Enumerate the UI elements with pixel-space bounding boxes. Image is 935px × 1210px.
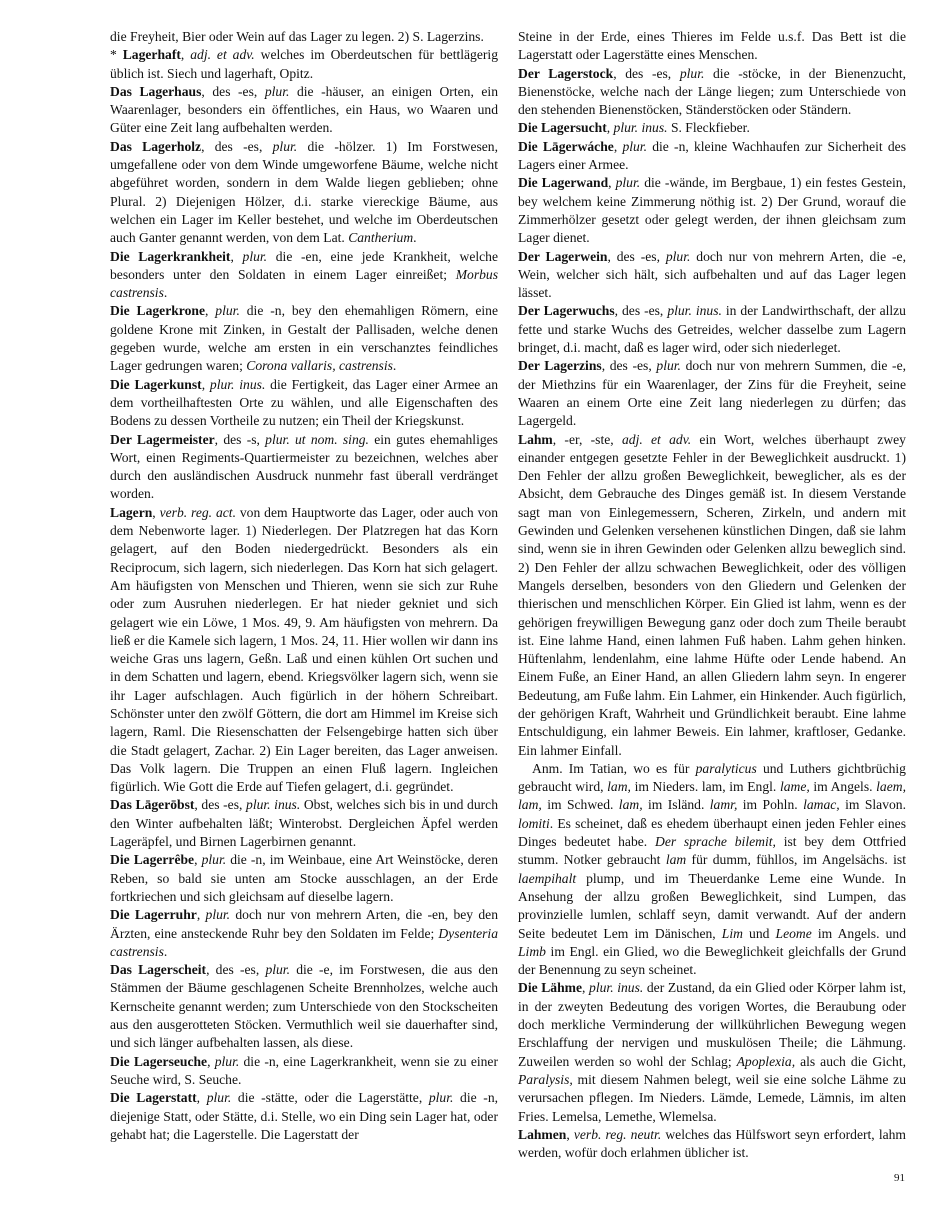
italic-term: lame, <box>780 779 810 794</box>
entry-text: , des -es, <box>615 303 668 318</box>
headword: Der Lagerstock <box>518 66 613 81</box>
italic-term: lam <box>666 852 686 867</box>
entry-text: , des -s, <box>215 432 266 447</box>
entry-text: , <box>181 47 190 62</box>
italic-term: Apoplexia, <box>737 1054 796 1069</box>
italic-term: plur. <box>666 249 691 264</box>
entry-text: für dumm, fühllos, im Angelsächs. ist <box>686 852 906 867</box>
dictionary-entry: Die Lähme, plur. inus. der Zustand, da e… <box>518 979 906 1125</box>
entry-text: im Pohln. <box>737 797 803 812</box>
dictionary-entry: Der Lagerwuchs, des -es, plur. inus. in … <box>518 302 906 357</box>
entry-text: , <box>197 1090 207 1105</box>
entry-text: im Angels. <box>810 779 876 794</box>
italic-term: plur. <box>215 303 240 318</box>
entry-text: im Slavon. <box>840 797 906 812</box>
entry-text: die Freyheit, Bier oder Wein auf das Lag… <box>110 29 484 44</box>
italic-term: lamac, <box>803 797 840 812</box>
italic-term: plur. <box>622 139 647 154</box>
entry-text: die -stätte, oder die Lagerstätte, <box>231 1090 429 1105</box>
entry-text: Steine in der Erde, eines Thieres im Fel… <box>518 29 906 62</box>
italic-term: Corona vallaris, castrensis <box>246 358 393 373</box>
dictionary-entry: Lahm, -er, -ste, adj. et adv. ein Wort, … <box>518 431 906 760</box>
dictionary-entry: Die Lagerseuche, plur. die -n, eine Lage… <box>110 1053 498 1090</box>
italic-term: Lim <box>722 926 743 941</box>
italic-term: plur. inus. <box>667 303 722 318</box>
entry-text: im Schwed. <box>542 797 619 812</box>
dictionary-entry: Das Lagerscheit, des -es, plur. die -e, … <box>110 961 498 1052</box>
italic-term: plur. <box>273 139 298 154</box>
headword: Die Lagerseuche <box>110 1054 207 1069</box>
dictionary-entry: Steine in der Erde, eines Thieres im Fel… <box>518 28 906 65</box>
dictionary-entry: Die Lāgerwáche, plur. die -n, kleine Wac… <box>518 138 906 175</box>
entry-text: , des -es, <box>201 139 273 154</box>
italic-term: plur. inus. <box>589 980 643 995</box>
dictionary-entry: * Lagerhaft, adj. et adv. welches im Obe… <box>110 46 498 83</box>
entry-text: , des -es, <box>613 66 680 81</box>
headword: Das Lagerholz <box>110 139 201 154</box>
headword: Der Lagerzins <box>518 358 602 373</box>
italic-term: lam, <box>607 779 631 794</box>
entry-text: S. Fleckfieber. <box>668 120 750 135</box>
dictionary-entry: die Freyheit, Bier oder Wein auf das Lag… <box>110 28 498 46</box>
italic-term: plur. <box>429 1090 454 1105</box>
italic-term: plur. <box>616 175 641 190</box>
left-column: die Freyheit, Bier oder Wein auf das Lag… <box>110 28 498 1144</box>
dictionary-entry: Die Lagerkrone, plur. die -n, bey den eh… <box>110 302 498 375</box>
dictionary-entry: Die Lagerstatt, plur. die -stätte, oder … <box>110 1089 498 1144</box>
dictionary-entry: Die Lagerkrankheit, plur. die -en, eine … <box>110 248 498 303</box>
entry-text: als auch die Gicht, <box>795 1054 906 1069</box>
italic-term: Paralysis, <box>518 1072 573 1087</box>
entry-text: , <box>152 505 159 520</box>
entry-text: * <box>110 47 123 62</box>
italic-term: plur. inus. <box>246 797 300 812</box>
italic-term: lamr, <box>710 797 738 812</box>
headword: Der Lagermeister <box>110 432 215 447</box>
entry-text: und <box>743 926 776 941</box>
entry-text: , <box>194 852 201 867</box>
entry-text: von dem Hauptworte das Lager, oder auch … <box>110 505 498 794</box>
italic-term: lam, <box>619 797 643 812</box>
right-column: Steine in der Erde, eines Thieres im Fel… <box>518 28 906 1162</box>
italic-term: plur. <box>265 84 290 99</box>
entry-text: , -er, -ste, <box>553 432 622 447</box>
dictionary-entry: Die Lagersucht, plur. inus. S. Fleckfieb… <box>518 119 906 137</box>
dictionary-entry: Das Lāgerōbst, des -es, plur. inus. Obst… <box>110 796 498 851</box>
dictionary-entry: Die Lagerkunst, plur. inus. die Fertigke… <box>110 376 498 431</box>
entry-text: . <box>164 944 167 959</box>
entry-text: , <box>207 1054 215 1069</box>
italic-term: plur. <box>680 66 705 81</box>
italic-term: plur. <box>215 1054 240 1069</box>
entry-text: . <box>413 230 416 245</box>
entry-text: , <box>230 249 242 264</box>
dictionary-entry: Anm. Im Tatian, wo es für paralyticus un… <box>518 760 906 980</box>
italic-term: paralyticus <box>696 761 757 776</box>
entry-text: , <box>205 303 215 318</box>
headword: Die Lagerstatt <box>110 1090 197 1105</box>
dictionary-entry: Das Lagerhaus, des -es, plur. die -häuse… <box>110 83 498 138</box>
italic-term: plur. <box>265 962 290 977</box>
italic-term: plur. inus. <box>614 120 668 135</box>
entry-text: , <box>607 120 614 135</box>
headword: Die Lagerrêbe <box>110 852 194 867</box>
italic-term: Cantherium <box>348 230 413 245</box>
dictionary-entry: Lagern, verb. reg. act. von dem Hauptwor… <box>110 504 498 797</box>
entry-text: , <box>582 980 589 995</box>
italic-term: plur. ut nom. sing. <box>265 432 369 447</box>
italic-term: adj. et adv. <box>622 432 691 447</box>
italic-term: laempihalt <box>518 871 576 886</box>
dictionary-page: die Freyheit, Bier oder Wein auf das Lag… <box>0 0 935 1210</box>
dictionary-entry: Der Lagerwein, des -es, plur. doch nur v… <box>518 248 906 303</box>
dictionary-entry: Lahmen, verb. reg. neutr. welches das Hü… <box>518 1126 906 1163</box>
entry-text: . <box>164 285 167 300</box>
headword: Die Lagerkrone <box>110 303 205 318</box>
entry-text: , des -es, <box>194 797 246 812</box>
headword: Lahm <box>518 432 553 447</box>
entry-text: , des -es, <box>206 962 265 977</box>
dictionary-entry: Die Lagerrêbe, plur. die -n, im Weinbaue… <box>110 851 498 906</box>
dictionary-entry: Der Lagerzins, des -es, plur. doch nur v… <box>518 357 906 430</box>
headword: Die Lagerkunst <box>110 377 202 392</box>
entry-text: . <box>393 358 396 373</box>
headword: Die Lāgerwáche <box>518 139 614 154</box>
entry-text: im Isländ. <box>643 797 710 812</box>
entry-text: , des -es, <box>201 84 264 99</box>
entry-text: , <box>608 175 615 190</box>
entry-text: , <box>197 907 206 922</box>
page-number: 91 <box>894 1172 905 1184</box>
italic-term: verb. reg. neutr. <box>574 1127 661 1142</box>
entry-text: ein Wort, welches überhaupt zwey einande… <box>518 432 906 758</box>
headword: Die Lagerruhr <box>110 907 197 922</box>
italic-term: verb. reg. act. <box>160 505 236 520</box>
italic-term: plur. <box>243 249 268 264</box>
italic-term: adj. et adv. <box>190 47 254 62</box>
dictionary-entry: Der Lagerstock, des -es, plur. die -stöc… <box>518 65 906 120</box>
entry-text: , <box>202 377 210 392</box>
italic-term: plur. <box>206 907 231 922</box>
entry-text: Anm. Im Tatian, wo es für <box>532 761 696 776</box>
headword: Der Lagerwuchs <box>518 303 615 318</box>
italic-term: plur. <box>202 852 227 867</box>
headword: Die Lagersucht <box>518 120 607 135</box>
headword: Lahmen <box>518 1127 566 1142</box>
italic-term: Limb <box>518 944 546 959</box>
headword: Das Lagerhaus <box>110 84 201 99</box>
headword: Die Lagerwand <box>518 175 608 190</box>
italic-term: plur. inus. <box>210 377 265 392</box>
entry-text: im Engl. ein Glied, wo die Beweglichkeit… <box>518 944 906 977</box>
dictionary-entry: Die Lagerwand, plur. die -wände, im Berg… <box>518 174 906 247</box>
entry-text: im Angels. und <box>812 926 906 941</box>
italic-term: Leome <box>776 926 812 941</box>
italic-term: Der sprache bilemit, <box>655 834 776 849</box>
entry-text: im Nieders. lam, im Engl. <box>631 779 780 794</box>
headword: Das Lāgerōbst <box>110 797 194 812</box>
italic-term: lomiti <box>518 816 550 831</box>
entry-text: die -hölzer. 1) Im Forstwesen, umgefalle… <box>110 139 498 245</box>
entry-text: mit diesem Nahmen belegt, weil sie eine … <box>518 1072 906 1124</box>
dictionary-entry: Die Lagerruhr, plur. doch nur von mehrer… <box>110 906 498 961</box>
headword: Die Lagerkrankheit <box>110 249 230 264</box>
italic-term: plur. <box>656 358 681 373</box>
italic-term: plur. <box>207 1090 232 1105</box>
headword: Die Lähme <box>518 980 582 995</box>
dictionary-entry: Der Lagermeister, des -s, plur. ut nom. … <box>110 431 498 504</box>
headword: Lagerhaft <box>123 47 181 62</box>
entry-text: , <box>566 1127 574 1142</box>
headword: Lagern <box>110 505 152 520</box>
dictionary-entry: Das Lagerholz, des -es, plur. die -hölze… <box>110 138 498 248</box>
entry-text: , des -es, <box>602 358 657 373</box>
entry-text: , des -es, <box>607 249 665 264</box>
headword: Der Lagerwein <box>518 249 607 264</box>
headword: Das Lagerscheit <box>110 962 206 977</box>
